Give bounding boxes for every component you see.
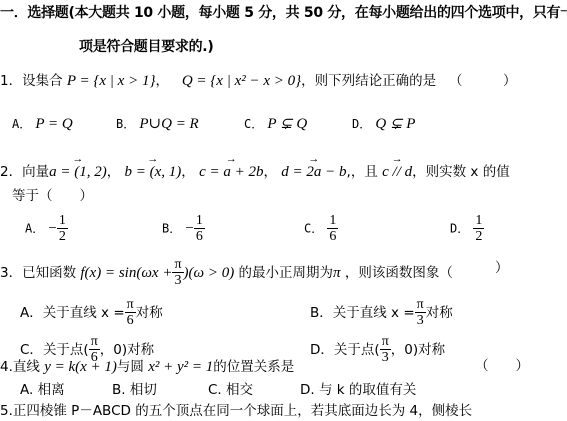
option-label: B． (116, 117, 135, 131)
option-label: D． (450, 222, 469, 236)
q4-option-c: C. 相交 (208, 384, 253, 398)
fraction: π3 (172, 258, 183, 288)
q1-option-d: D． Q ⊊ P (352, 117, 415, 132)
option-label: D． (310, 342, 334, 358)
option-text: P∪Q = R (139, 116, 198, 132)
q1-option-a: A． P = Q (12, 117, 73, 132)
question-number: 3． (0, 265, 22, 281)
question-number: 1． (0, 73, 22, 89)
denominator: 6 (125, 313, 136, 328)
option-label: A． (25, 222, 44, 236)
q2-option-c: C． 16 (304, 214, 338, 244)
fraction: π6 (125, 298, 136, 328)
option-label: A． (20, 305, 43, 321)
fraction: 16 (327, 214, 338, 244)
question-5: 5.正四棱锥 P－ABCD 的五个顶点在同一个球面上，若其底面边长为 4，侧棱长 (0, 405, 472, 419)
option-text: ，0)对称 (391, 342, 445, 358)
q2-option-b: B． −16 (162, 214, 205, 244)
question-3: 3．已知函数 f(x) = sin(ωx +π3)(ω > 0) 的最小正周期为… (0, 258, 453, 288)
option-label: B． (310, 305, 333, 321)
option-text: 相交 (226, 382, 253, 398)
denominator: 6 (327, 229, 338, 244)
question-text: 的最小正周期为 (239, 265, 334, 281)
question-number: 2． (0, 164, 22, 180)
question-text: 向量 (22, 164, 49, 180)
question-text: ，且 (351, 164, 378, 180)
q2-option-d: D． 12 (450, 214, 484, 244)
q4-option-d: D. 与 k 的取值有关 (300, 384, 416, 398)
numerator: π (380, 335, 391, 350)
option-text: 与 k 的取值有关 (319, 382, 416, 398)
denominator: 6 (194, 229, 205, 244)
vector-c-expression: c = a + 2b (199, 165, 263, 180)
question-4: 4.直线 y = k(x + 1)与圆 x² + y² = 1的位置关系是 (0, 360, 294, 375)
numerator: 1 (327, 214, 338, 229)
q2-option-a: A． −12 (25, 214, 68, 244)
parallel-condition: c // d (382, 165, 412, 180)
answer-blank: （ ） (449, 73, 517, 89)
numerator: 1 (57, 214, 68, 229)
option-label: C． (304, 222, 323, 236)
option-text: 关于直线 x = (333, 305, 415, 321)
fraction: 12 (473, 214, 484, 244)
numerator: 1 (194, 214, 205, 229)
option-label: C. (208, 382, 222, 398)
sign: − (185, 221, 193, 237)
fraction: 16 (194, 214, 205, 244)
option-label: D． (352, 117, 371, 131)
option-label: B. (112, 382, 126, 398)
option-text: 关于直线 x = (43, 305, 125, 321)
numerator: π (125, 298, 136, 313)
set-p-expression: P = {x | x > 1} (67, 73, 156, 89)
option-label: D. (300, 382, 315, 398)
question-text: 设集合 (22, 73, 63, 89)
question-number: 5. (0, 403, 13, 419)
question-text: 已知函数 (22, 265, 76, 281)
question-text: 与圆 (117, 359, 144, 375)
question-text: ，则下列结论正确的是 (301, 73, 436, 89)
question-text: 的位置关系是 (213, 359, 294, 375)
option-label: A. (20, 382, 33, 398)
answer-blank: （ ） (475, 360, 529, 374)
vector-b-expression: b = (x, 1) (125, 165, 182, 180)
option-text: 对称 (136, 305, 163, 321)
q3-option-d: D．关于点(π3，0)对称 (310, 335, 445, 365)
numerator: π (89, 335, 100, 350)
question-text: ，则实数 x 的值 (412, 164, 510, 180)
option-text: 相切 (130, 382, 157, 398)
question-number: 4. (0, 359, 13, 375)
fraction: 12 (57, 214, 68, 244)
question-1: 1．设集合 P = {x | x > 1}， Q = {x | x² − x >… (0, 74, 517, 89)
question-text: ，则该函数图象（ (345, 265, 453, 281)
denominator: 2 (57, 229, 68, 244)
function-expression: f(x) = sin(ωx + (80, 265, 172, 281)
question-2-line2: 等于（ ） (12, 190, 93, 204)
denominator: 3 (380, 350, 391, 365)
denominator: 3 (415, 313, 426, 328)
set-q-expression: Q = {x | x² − x > 0} (182, 73, 301, 89)
question-2: 2．向量a = (1, 2)， b = (x, 1)， c = a + 2b， … (0, 165, 510, 180)
fraction: π3 (415, 298, 426, 328)
denominator: 3 (172, 273, 183, 288)
circle-equation: x² + y² = 1 (148, 359, 213, 375)
q3-option-a: A．关于直线 x =π6对称 (20, 298, 163, 328)
option-text: 相离 (38, 382, 65, 398)
option-text: P = Q (35, 116, 72, 132)
option-text: ，0)对称 (100, 342, 154, 358)
fraction: π3 (380, 335, 391, 365)
option-label: C． (244, 117, 263, 131)
numerator: 1 (473, 214, 484, 229)
option-label: B． (162, 222, 181, 236)
numerator: π (172, 258, 183, 273)
option-text: 关于点( (43, 342, 89, 358)
option-label: C． (20, 342, 43, 358)
section-header-line2: 项是符合题目要求的.) (79, 40, 213, 54)
line-equation: y = k(x + 1) (44, 359, 117, 375)
option-text: Q ⊊ P (375, 116, 415, 132)
option-label: A． (12, 117, 31, 131)
numerator: π (415, 298, 426, 313)
section-header-line1: 一．选择题(本大题共 10 小题，每小题 5 分，共 50 分，在每小题给出的四… (0, 6, 567, 20)
q1-option-c: C． P ⊊ Q (244, 117, 307, 132)
option-text: 关于点( (334, 342, 380, 358)
option-text: 对称 (426, 305, 453, 321)
question-text: 直线 (13, 359, 40, 375)
q1-option-b: B． P∪Q = R (116, 117, 199, 132)
sign: − (48, 221, 56, 237)
q3-option-b: B．关于直线 x =π3对称 (310, 298, 453, 328)
vector-a-expression: a = (1, 2) (49, 165, 107, 180)
period-symbol: π (333, 265, 341, 281)
function-expression: )(ω > 0) (184, 265, 235, 281)
q4-option-a: A. 相离 (20, 384, 65, 398)
q4-option-b: B. 相切 (112, 384, 157, 398)
question-text: 正四棱锥 P－ABCD 的五个顶点在同一个球面上，若其底面边长为 4，侧棱长 (13, 403, 472, 419)
denominator: 2 (473, 229, 484, 244)
vector-d-expression: d = 2a − b (281, 165, 346, 180)
separator: ， (155, 73, 169, 89)
answer-blank-close: ） (495, 262, 509, 276)
option-text: P ⊊ Q (267, 116, 307, 132)
